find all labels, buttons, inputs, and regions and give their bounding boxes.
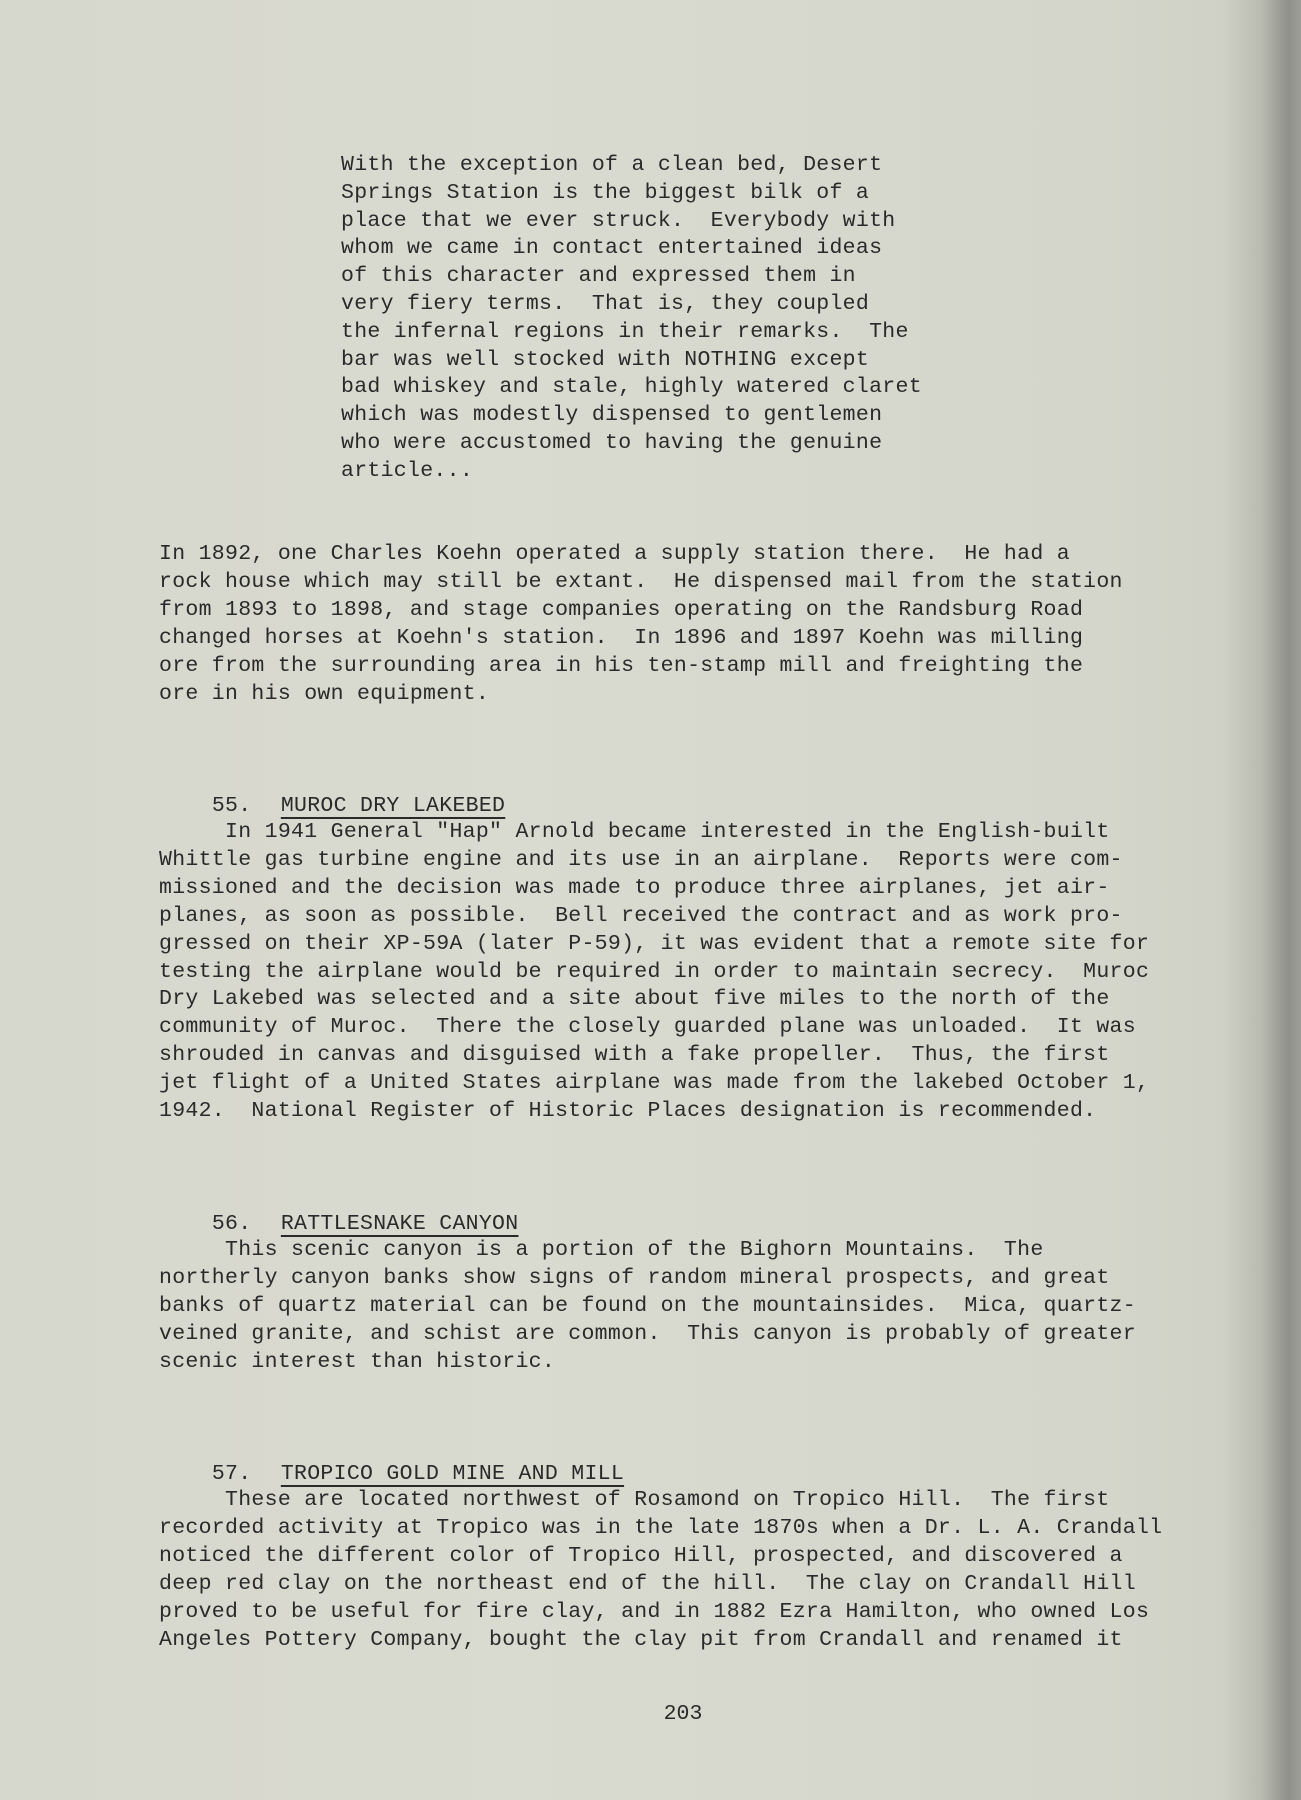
section-paragraph-57: These are located northwest of Rosamond …: [159, 1487, 1162, 1654]
intro-paragraph: In 1892, one Charles Koehn operated a su…: [159, 541, 1123, 708]
section-paragraph-56: This scenic canyon is a portion of the B…: [159, 1237, 1136, 1377]
section-title: RATTLESNAKE CANYON: [281, 1212, 519, 1236]
section-paragraph-55: In 1941 General "Hap" Arnold became inte…: [159, 819, 1149, 1126]
section-number: 57.: [212, 1460, 281, 1488]
block-quote: With the exception of a clean bed, Deser…: [341, 152, 981, 486]
section-title: TROPICO GOLD MINE AND MILL: [281, 1462, 624, 1486]
section-title: MUROC DRY LAKEBED: [281, 794, 505, 818]
section-number: 55.: [212, 792, 281, 820]
document-page: With the exception of a clean bed, Deser…: [0, 0, 1301, 1800]
section-number: 56.: [212, 1210, 281, 1238]
page-number: 203: [0, 1700, 1301, 1728]
